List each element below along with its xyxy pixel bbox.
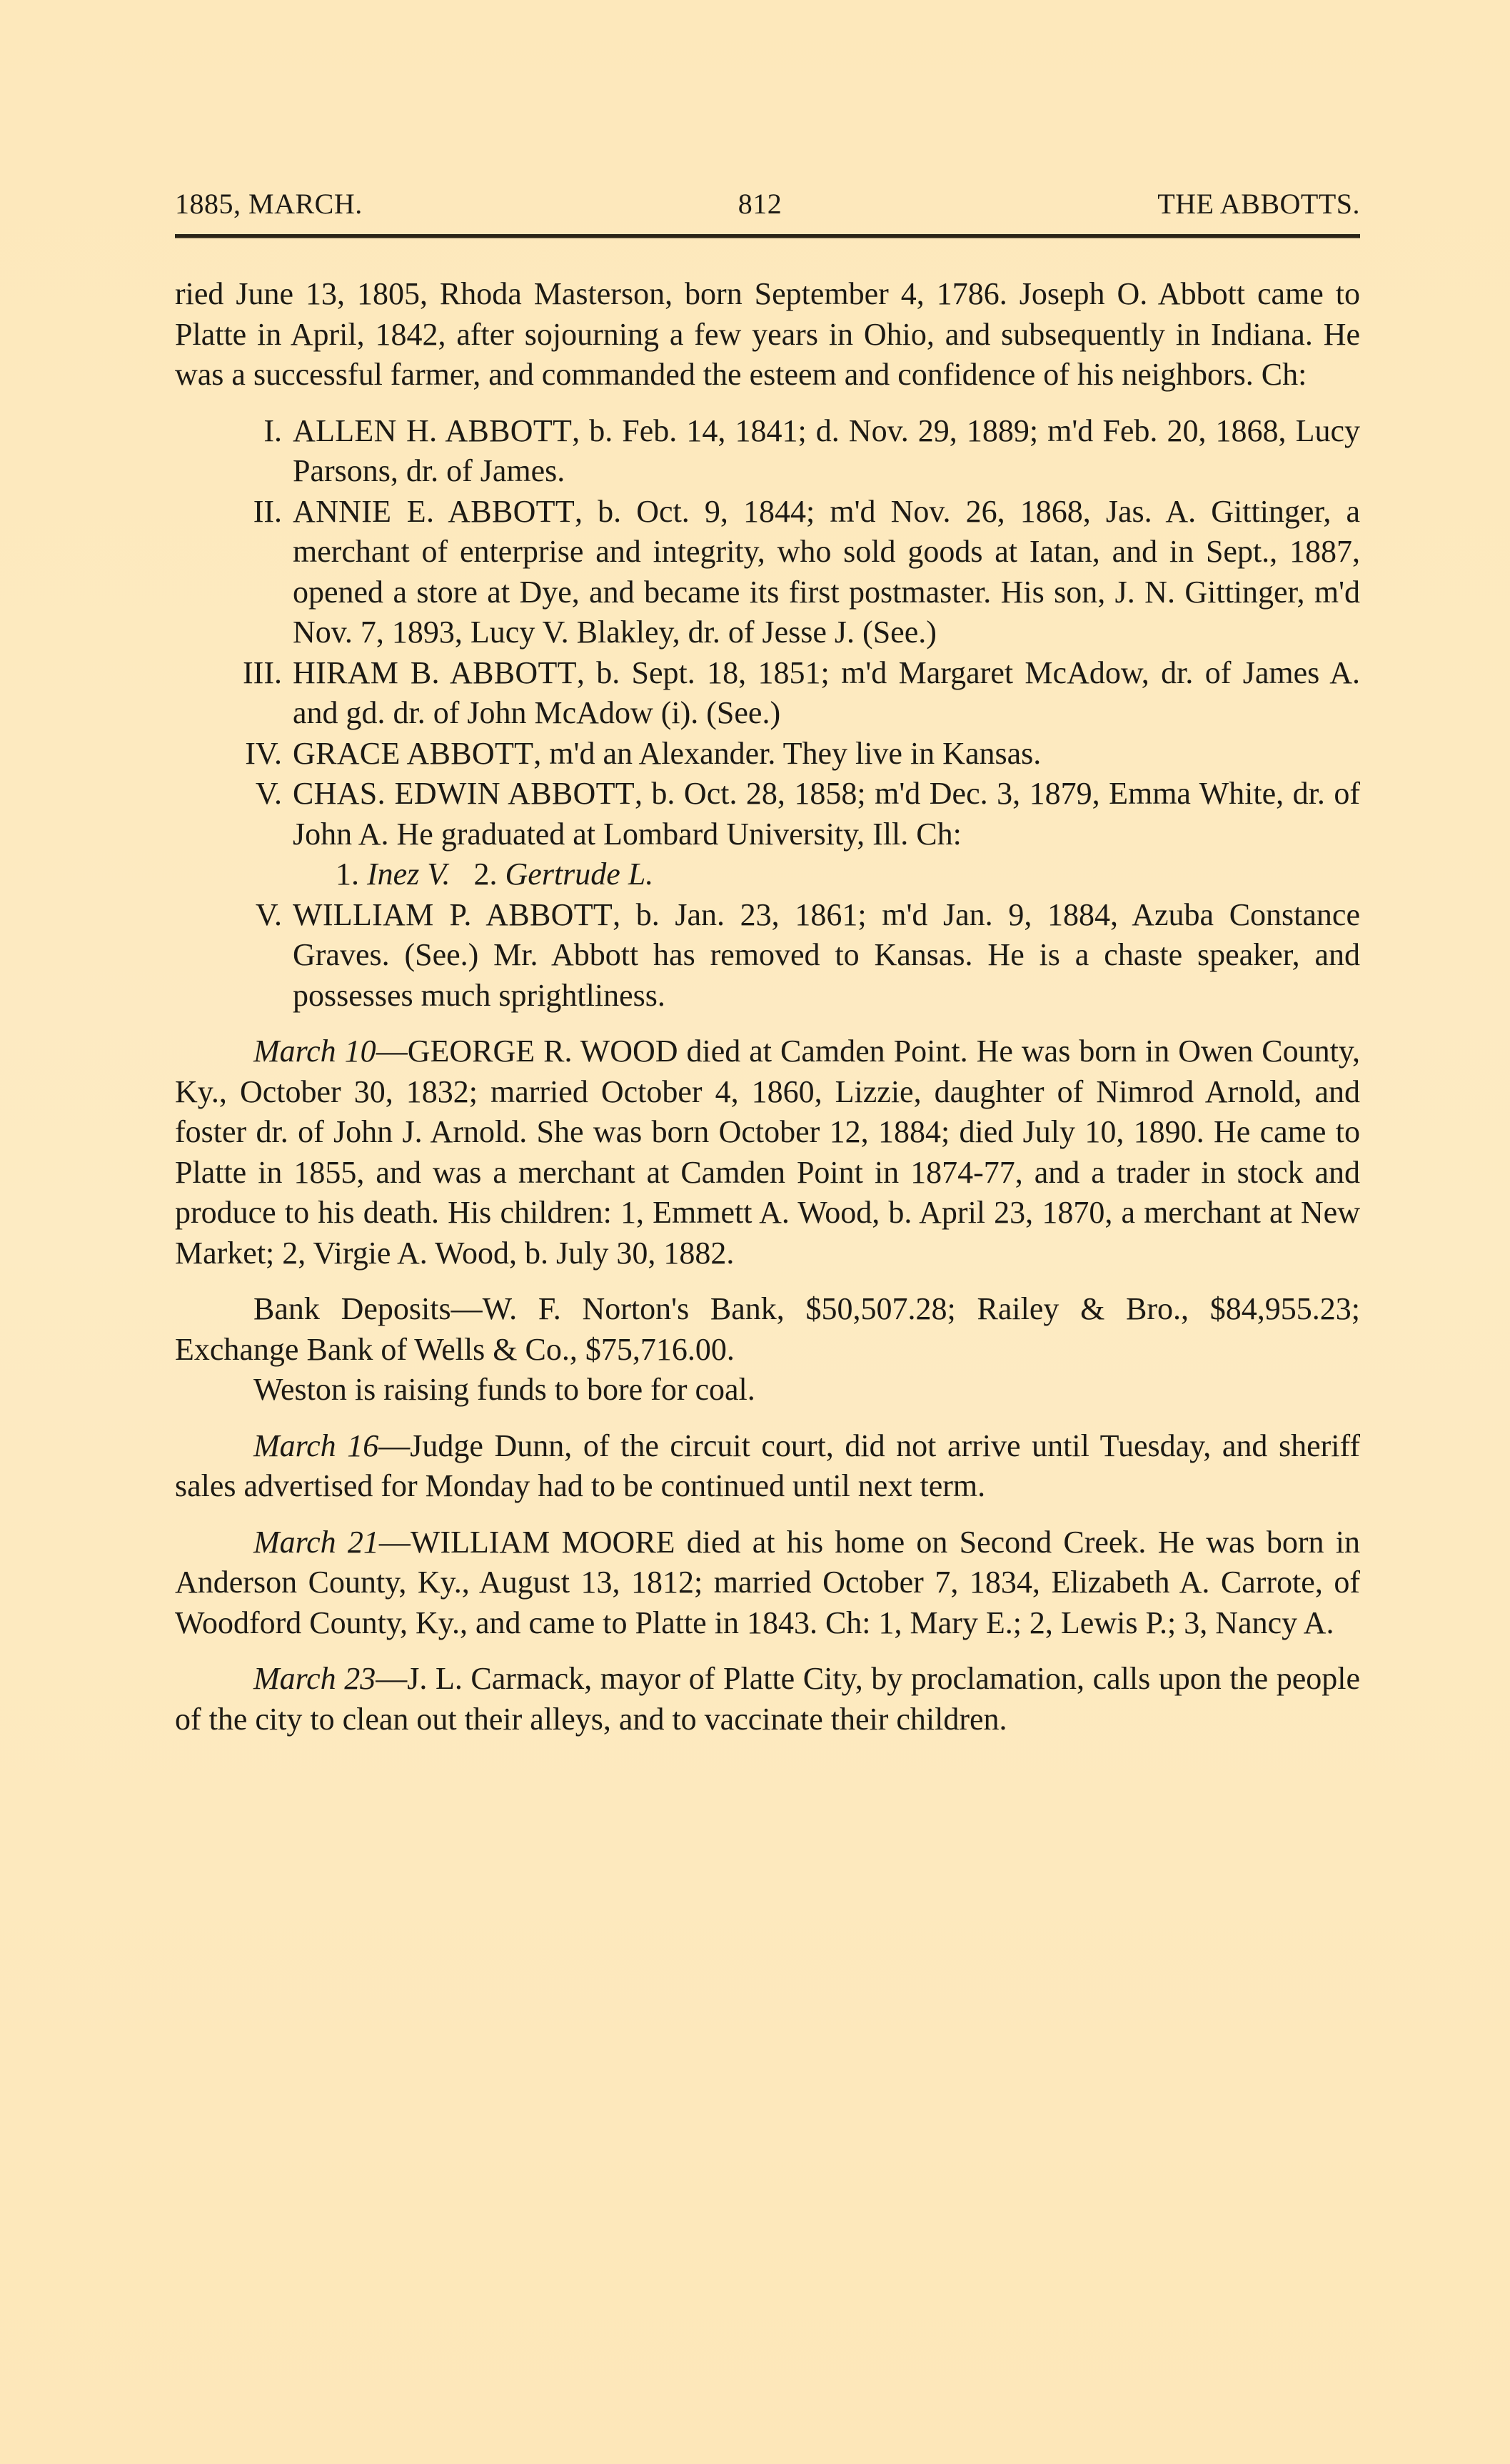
child-numeral: IV. bbox=[175, 734, 282, 774]
child-entry: V.WILLIAM P. ABBOTT, b. Jan. 23, 1861; m… bbox=[175, 895, 1360, 1016]
page-body: ried June 13, 1805, Rhoda Masterson, bor… bbox=[175, 274, 1360, 1740]
child-numeral: II. bbox=[175, 492, 282, 532]
grandchildren-list: 1. Inez V. 2. Gertrude L. bbox=[175, 854, 1360, 895]
child-name: WILLIAM P. ABBOTT bbox=[293, 897, 613, 932]
child-entry: V.CHAS. EDWIN ABBOTT, b. Oct. 28, 1858; … bbox=[175, 774, 1360, 854]
entry-dash: — bbox=[378, 1428, 410, 1463]
child-entry: III.HIRAM B. ABBOTT, b. Sept. 18, 1851; … bbox=[175, 653, 1360, 734]
grandchild-name: Gertrude L. bbox=[505, 857, 654, 892]
entry-date: March 23 bbox=[253, 1661, 376, 1696]
child-name: GRACE ABBOTT bbox=[293, 736, 533, 771]
entry-text: GEORGE R. WOOD died at Camden Point. He … bbox=[175, 1034, 1360, 1271]
header-title: THE ABBOTTS. bbox=[1157, 187, 1360, 221]
child-name: ALLEN H. ABBOTT bbox=[293, 413, 572, 448]
entry-text: Weston is raising funds to bore for coal… bbox=[253, 1372, 755, 1407]
grandchild-number: 2. bbox=[474, 857, 498, 892]
chronicle-entry: March 16—Judge Dunn, of the circuit cour… bbox=[175, 1426, 1360, 1507]
grandchild-number: 1. bbox=[336, 857, 359, 892]
child-entry: II.ANNIE E. ABBOTT, b. Oct. 9, 1844; m'd… bbox=[175, 492, 1360, 653]
child-numeral: V. bbox=[175, 774, 282, 814]
entry-date: March 16 bbox=[253, 1428, 378, 1463]
entry-dash: — bbox=[379, 1525, 411, 1560]
running-header: 1885, MARCH. 812 THE ABBOTTS. bbox=[175, 187, 1360, 224]
entry-text: Bank Deposits—W. F. Norton's Bank, $50,5… bbox=[175, 1291, 1360, 1367]
child-name: CHAS. EDWIN ABBOTT bbox=[293, 776, 635, 811]
child-name: HIRAM B. ABBOTT bbox=[293, 655, 577, 690]
page-number: 812 bbox=[738, 187, 782, 221]
chronicle-entry: Weston is raising funds to bore for coal… bbox=[175, 1370, 1360, 1410]
book-page: 1885, MARCH. 812 THE ABBOTTS. ried June … bbox=[175, 187, 1360, 1740]
child-entry: IV.GRACE ABBOTT, m'd an Alexander. They … bbox=[175, 734, 1360, 774]
header-rule bbox=[175, 234, 1360, 238]
child-entry: I.ALLEN H. ABBOTT, b. Feb. 14, 1841; d. … bbox=[175, 411, 1360, 492]
chronicle-entry: March 21—WILLIAM MOORE died at his home … bbox=[175, 1523, 1360, 1644]
grandchild-name: Inez V. bbox=[367, 857, 451, 892]
child-text: , m'd an Alexander. They live in Kansas. bbox=[533, 736, 1041, 771]
header-date: 1885, MARCH. bbox=[175, 187, 363, 221]
chronicle-entry: March 10—GEORGE R. WOOD died at Camden P… bbox=[175, 1031, 1360, 1273]
child-name: ANNIE E. ABBOTT bbox=[293, 494, 575, 529]
entry-date: March 10 bbox=[253, 1034, 376, 1069]
entry-dash: — bbox=[376, 1034, 408, 1069]
child-numeral: V. bbox=[175, 895, 282, 936]
chronicle-entry: Bank Deposits—W. F. Norton's Bank, $50,5… bbox=[175, 1289, 1360, 1370]
chronicle-entry: March 23—J. L. Carmack, mayor of Platte … bbox=[175, 1659, 1360, 1740]
intro-paragraph: ried June 13, 1805, Rhoda Masterson, bor… bbox=[175, 274, 1360, 395]
entry-date: March 21 bbox=[253, 1525, 379, 1560]
child-numeral: III. bbox=[175, 653, 282, 694]
entry-dash: — bbox=[376, 1661, 407, 1696]
child-numeral: I. bbox=[175, 411, 282, 452]
